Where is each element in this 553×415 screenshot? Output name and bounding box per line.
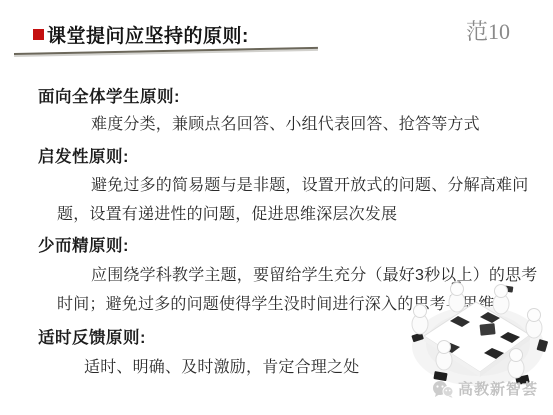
watermark-text: 高教新智荟 (458, 378, 538, 399)
red-square-bullet-icon (33, 29, 44, 40)
slide-title-row: 课堂提问应坚持的原则: (33, 21, 249, 48)
section-heading-timely-feedback: 适时反馈原则: (38, 324, 146, 348)
slide-title: 课堂提问应坚持的原则: (47, 21, 249, 48)
section-body-line: 适时、明确、及时激励，肯定合理之处 (84, 354, 359, 377)
section-heading-heuristic: 启发性原则: (38, 143, 129, 167)
watermark: 高教新智荟 (432, 378, 538, 399)
title-underline (14, 47, 318, 55)
presentation-slide: 课堂提问应坚持的原则: 范10 面向全体学生原则: 难度分类，兼顾点名回答、小组… (0, 0, 553, 415)
section-heading-few-but-fine: 少而精原则: (38, 232, 129, 256)
wechat-icon (432, 380, 454, 398)
page-label: 范10 (466, 15, 510, 46)
section-body-line: 避免过多的简易题与是非题，设置开放式的问题、分解高难问 (91, 172, 528, 195)
section-body-line: 题，设置有递进性的问题，促进思维深层次发展 (57, 201, 397, 224)
section-heading-all-students: 面向全体学生原则: (38, 83, 180, 107)
section-body-line: 难度分类，兼顾点名回答、小组代表回答、抢答等方式 (91, 111, 480, 134)
